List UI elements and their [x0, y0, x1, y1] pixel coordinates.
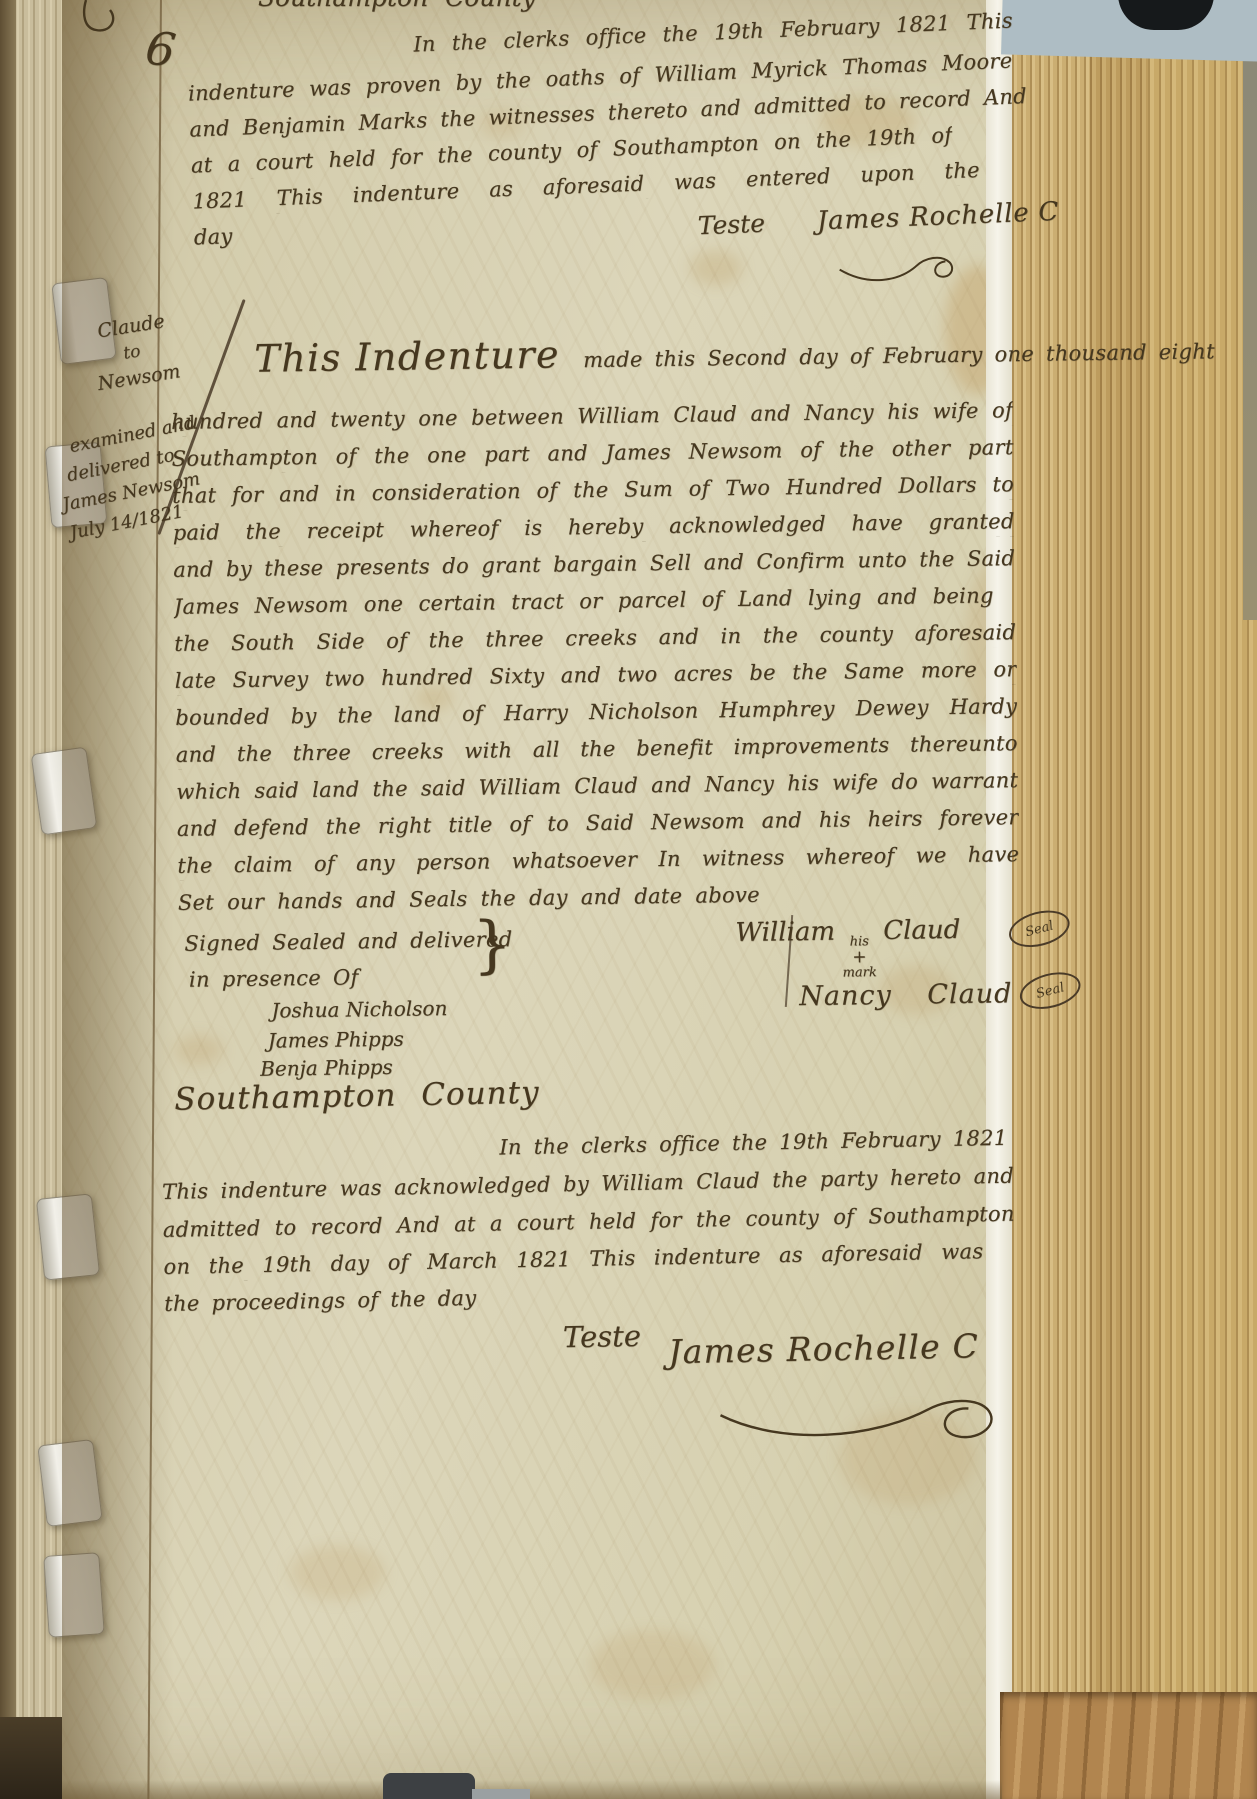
dark-object-bottom — [383, 1773, 475, 1799]
grantor1-last-name: Claud — [883, 915, 961, 946]
page-bottom-shadow — [62, 1780, 1002, 1799]
witness-name: Benja Phipps — [260, 1055, 393, 1081]
seal-label: Seal — [1024, 918, 1055, 940]
book-page-edges — [1090, 0, 1148, 1799]
deed-opening-rest: made this Second day of February one tho… — [583, 339, 1215, 372]
signed-sealed-line: Signed Sealed and delivered — [184, 927, 512, 956]
right-edge-dark-band — [1243, 0, 1257, 620]
county-heading: Southampton County — [174, 1075, 540, 1118]
brace-glyph: } — [472, 907, 512, 981]
gray-object-bottom — [472, 1789, 530, 1799]
seal-label: Seal — [1034, 980, 1065, 1002]
wooden-table-surface — [1000, 1692, 1257, 1799]
his-mark-stack: his+mark — [842, 935, 877, 981]
presence-line: in presence Of — [189, 965, 359, 992]
book-page-edges — [1012, 0, 1090, 1799]
grantor1-first-name: William — [735, 917, 835, 948]
page-edge-white-strip — [986, 0, 1012, 1799]
partial-heading: Southampton County — [258, 0, 536, 12]
witness-name: James Phipps — [268, 1027, 404, 1053]
clerk-signature: James Rochelle C — [668, 1326, 979, 1371]
table-shadow-bottom-left — [0, 1717, 62, 1799]
teste-label: Teste — [563, 1319, 642, 1354]
signature-flourish — [712, 1384, 1013, 1456]
mark-label: mark — [843, 967, 877, 981]
corner-pen-mark — [80, 0, 126, 34]
mark-cross: + — [852, 949, 866, 967]
teste-label: Teste — [697, 209, 765, 241]
margin-note-line: to — [122, 341, 142, 363]
spine-dark-edge — [0, 0, 16, 1799]
book-scan: 6 Southampton County Claude to Newsom ex… — [0, 0, 1257, 1799]
deed-opening-words: This Indenture — [254, 332, 560, 380]
grantor2-signature: Nancy Claud — [799, 978, 1013, 1012]
handwritten-line: day — [193, 224, 233, 250]
signature-flourish — [835, 249, 966, 292]
witness-name: Joshua Nicholson — [271, 996, 447, 1022]
grantor1-signature: Williamhis+markClaud — [735, 915, 961, 982]
book-page-edges — [1148, 0, 1257, 1799]
